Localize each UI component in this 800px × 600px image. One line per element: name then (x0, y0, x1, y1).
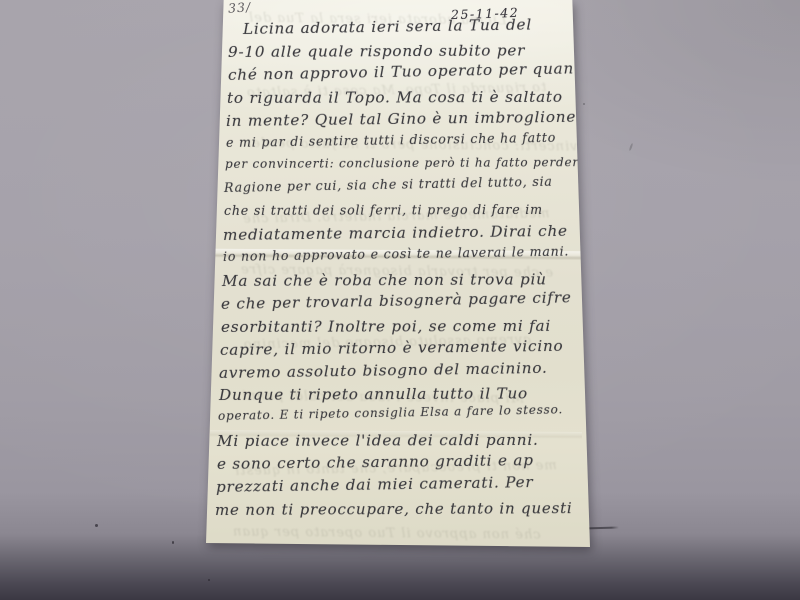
letter-line: mediatamente marcia indietro. Dirai che (223, 222, 568, 244)
letter-line: e che per trovarla bisognerà pagare cifr… (221, 288, 572, 313)
letter-line: prezzati anche dai miei camerati. Per (216, 473, 534, 496)
letter-line: Ragione per cui, sia che si tratti del t… (224, 174, 553, 195)
letter-line: 9-10 alle quale rispondo subito per (228, 41, 525, 61)
letter-line: Licina adorata ieri sera la Tua del (243, 15, 532, 38)
letter-line: esorbitanti? Inoltre poi, se come mi fai (221, 317, 551, 336)
letter-line: che si tratti dei soli ferri, ti prego d… (224, 202, 543, 218)
letter-photograph: Licina adorata ieri sera la Tua delto ri… (0, 0, 800, 600)
page-number: 33/ (228, 0, 252, 16)
letter-line: to riguarda il Topo. Ma cosa ti è saltat… (227, 88, 563, 107)
paper-shadow: Licina adorata ieri sera la Tua delto ri… (0, 0, 800, 600)
letter-line: Mi piace invece l'idea dei caldi panni. (217, 431, 539, 450)
letter-line: per convincerti: conclusione però ti ha … (225, 156, 579, 172)
letter-line: io non ho approvato e così te ne laverai… (222, 244, 568, 264)
letter-line: me non ti preoccupare, che tanto in ques… (215, 499, 573, 519)
letter-line: operato. E ti ripeto consiglia Elsa a fa… (218, 403, 563, 424)
letter-line: Dunque ti ripeto annulla tutto il Tuo (219, 385, 528, 405)
bleed-ghost-line: ché non approvo il Tuo operato per quan (232, 524, 541, 542)
letter-line: capire, il mio ritorno è veramente vicin… (220, 336, 564, 358)
letter-line: Ma sai che è roba che non si trova più (222, 270, 547, 290)
letter-paper: Licina adorata ieri sera la Tua delto ri… (0, 0, 800, 600)
letter-line: avremo assoluto bisogno del macinino. (219, 358, 548, 381)
letter-line: in mente? Quel tal Gino è un imbroglione (226, 107, 576, 129)
